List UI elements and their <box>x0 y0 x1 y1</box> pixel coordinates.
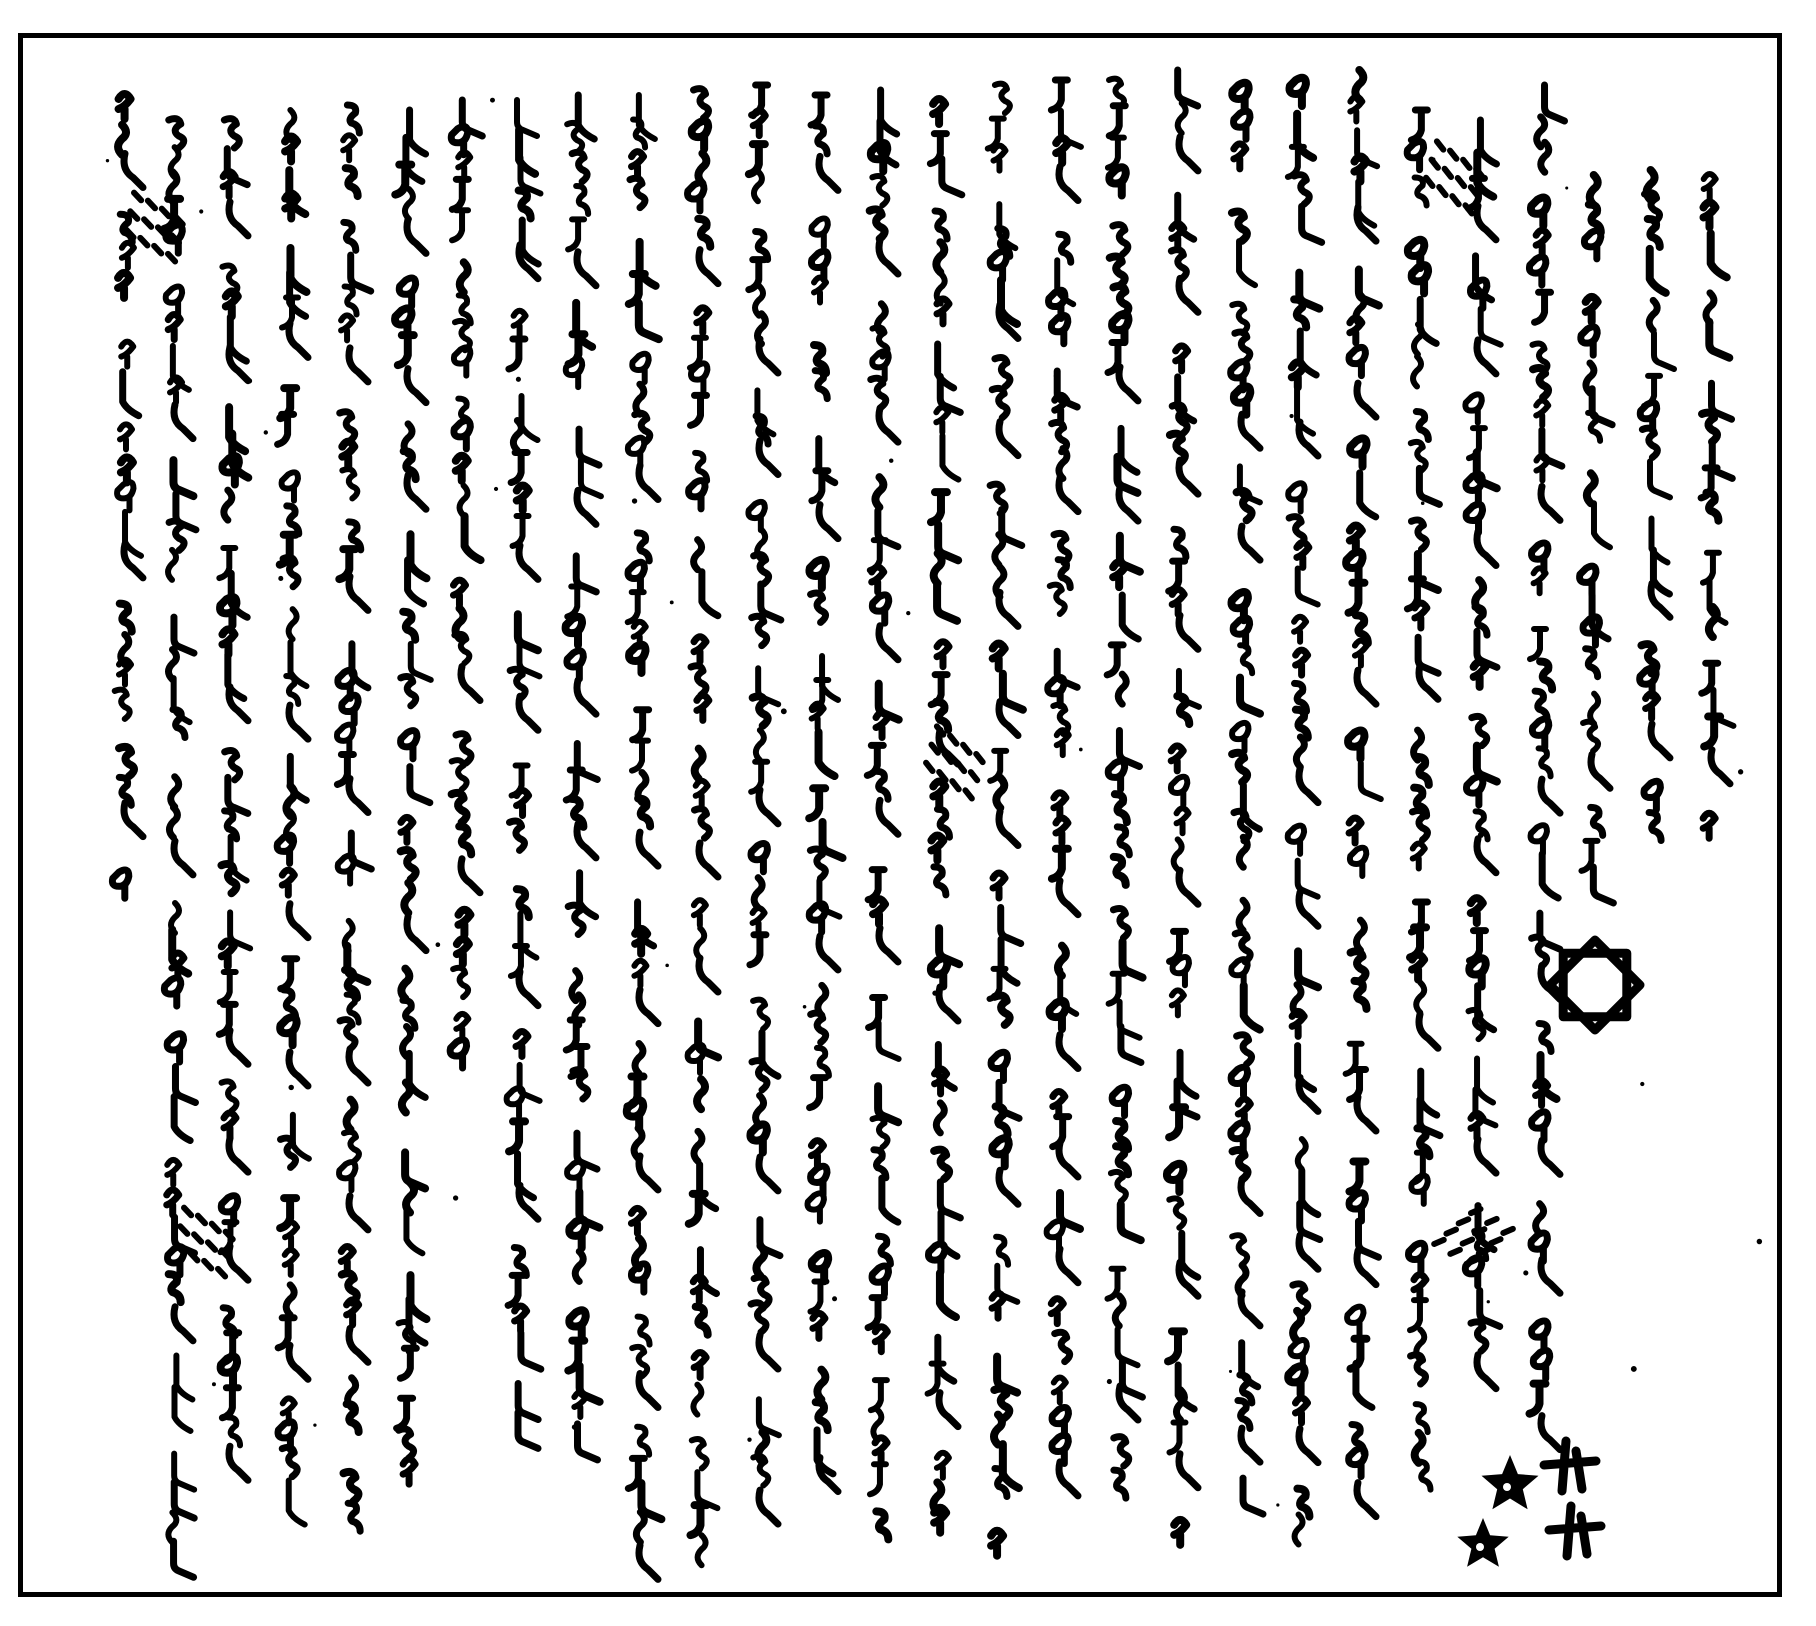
ink-speck <box>670 600 674 604</box>
ink-speck <box>1640 1082 1644 1086</box>
ink-speck <box>889 459 893 463</box>
seal-hatch-ornament <box>115 193 195 262</box>
script-column <box>1640 170 1674 841</box>
five-point-star-icon <box>1457 1518 1508 1567</box>
cross-mark-icon <box>1549 1506 1601 1556</box>
ink-speck <box>781 708 787 714</box>
script-column <box>808 95 843 1492</box>
ink-speck <box>494 487 498 491</box>
ink-speck <box>572 1424 577 1429</box>
ink-speck <box>1107 1379 1112 1384</box>
ink-speck <box>106 159 109 162</box>
script-column <box>1580 175 1614 903</box>
ink-speck <box>453 1195 458 1200</box>
script-column <box>337 105 371 1531</box>
script-column <box>867 90 898 1539</box>
ink-speck <box>199 209 203 213</box>
ink-speck <box>1229 1370 1232 1373</box>
script-column <box>1167 70 1199 1545</box>
script-column <box>1107 79 1142 1498</box>
script-column <box>1231 83 1263 1514</box>
ink-speck <box>932 990 937 995</box>
ink-speck <box>1431 157 1435 161</box>
script-column <box>928 99 962 1533</box>
script-column <box>450 100 482 1068</box>
script-column <box>1465 120 1500 1389</box>
script-column <box>1701 174 1733 838</box>
script-column <box>1407 110 1440 1490</box>
eight-point-star-icon <box>1550 940 1640 1030</box>
manuscript-page: Scanned manuscript with vertical script … <box>0 0 1816 1626</box>
ink-speck <box>747 1437 751 1441</box>
seal-hatch-ornament <box>1434 1199 1513 1274</box>
ink-speck <box>832 1296 837 1301</box>
ink-speck <box>436 942 441 947</box>
script-column <box>688 89 719 1566</box>
ink-speck <box>288 1085 293 1090</box>
script-layer <box>0 0 1816 1626</box>
ink-speck <box>1631 1366 1637 1372</box>
script-column <box>277 110 309 1525</box>
ink-speck <box>665 964 669 968</box>
script-column <box>164 119 196 1578</box>
ink-speck <box>490 98 495 103</box>
ink-speck <box>247 378 252 383</box>
script-column <box>1346 70 1381 1517</box>
script-column <box>566 95 601 1460</box>
ink-speck <box>1757 1239 1762 1244</box>
script-column <box>748 85 780 1524</box>
ink-speck <box>212 1382 216 1386</box>
ink-speck <box>1738 769 1743 774</box>
ink-speck <box>1523 1270 1528 1275</box>
cross-mark-icon <box>1544 1441 1596 1491</box>
ink-speck <box>1276 1503 1279 1506</box>
ink-speck <box>906 611 910 615</box>
ink-speck <box>1290 414 1294 418</box>
ink-speck <box>1079 748 1083 752</box>
ink-speck <box>803 1005 807 1009</box>
ink-speck <box>1421 501 1425 505</box>
ink-speck <box>1565 187 1568 190</box>
script-column <box>507 100 541 1448</box>
ink-speck <box>313 1424 316 1427</box>
ink-speck <box>1487 1300 1490 1303</box>
script-column <box>395 110 431 1484</box>
ink-speck <box>1478 832 1484 838</box>
script-column <box>1529 85 1564 1450</box>
script-column <box>988 84 1023 1556</box>
script-column <box>112 94 143 898</box>
ink-speck <box>516 377 521 382</box>
script-column <box>1288 78 1322 1545</box>
ink-speck <box>264 430 268 434</box>
script-column <box>1047 80 1081 1496</box>
script-column <box>627 95 662 1579</box>
ink-speck <box>278 576 283 581</box>
ink-speck <box>1054 374 1059 379</box>
five-point-star-icon <box>1482 1455 1539 1509</box>
ink-speck <box>632 498 637 503</box>
